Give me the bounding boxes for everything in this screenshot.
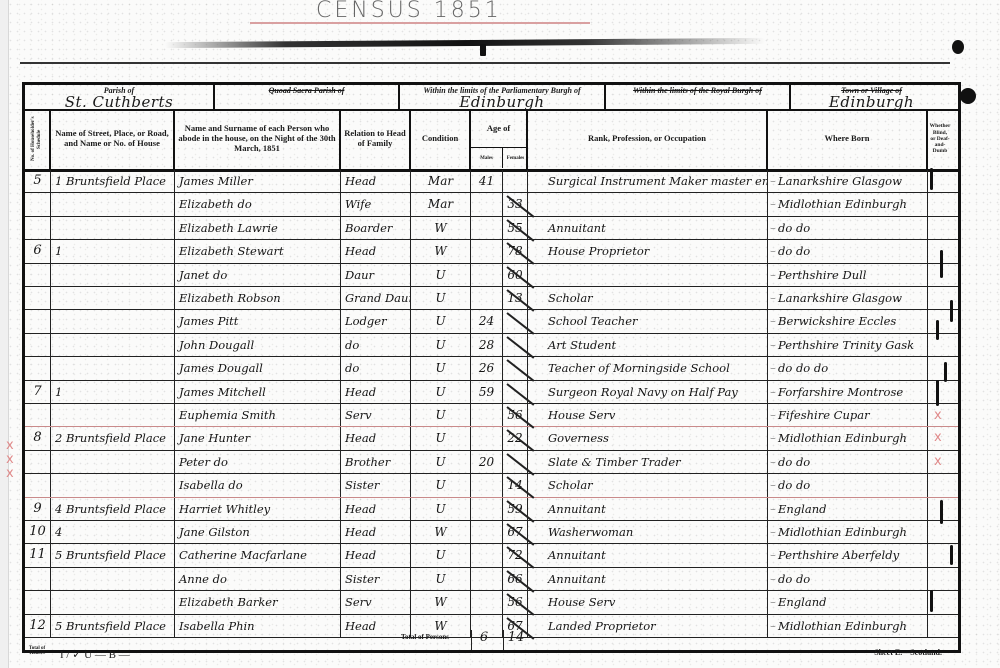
table-row: Peter doBrotherU20Slate & Timber Trader⌣… [25,451,958,474]
cell-name: James Mitchell [175,381,341,403]
cell-schedule: 12 [25,615,51,637]
parliamentary-burgh-cell: Within the limits of the Parliamentary B… [400,85,606,109]
cell-condition: U [411,310,471,332]
cell-name: Anne do [175,568,341,590]
cell-occupation: Washerwoman [528,521,768,543]
cell-name: Harriet Whitley [175,498,341,520]
cell-street [51,357,175,379]
cell-born: do do [768,568,928,590]
cell-name: Janet do [175,264,341,286]
cell-male [471,404,503,426]
cell-street: 4 Bruntsfield Place [51,498,175,520]
district-header: Parish of St. Cuthberts Quoad Sacra Pari… [25,85,958,111]
cell-female [503,170,528,192]
ink-blot [480,44,486,56]
col-street: Name of Street, Place, or Road, and Name… [51,109,175,169]
cell-born: Lanarkshire Glasgow [768,170,928,192]
cell-schedule [25,334,51,356]
annotation-title: CENSUS 1851 [316,0,502,23]
cell-schedule [25,568,51,590]
cell-relation: Head [341,427,411,449]
cell-occupation: Governess [528,427,768,449]
col-schedule-label: No. of Householder's Schedule [31,109,43,169]
cell-relation: Head [341,521,411,543]
cell-schedule [25,404,51,426]
cell-schedule [25,591,51,613]
cell-street [51,264,175,286]
cell-born: England [768,498,928,520]
cell-male [471,264,503,286]
col-age-male: Males [471,148,503,168]
cell-condition: U [411,404,471,426]
cell-male [471,427,503,449]
total-houses-marks: I / ✓ U — B — [60,648,130,661]
cell-occupation: House Serv [528,591,768,613]
total-houses-label: Total of Houses [28,646,46,656]
cell-condition: U [411,451,471,473]
cell-occupation [528,264,768,286]
ink-blot [952,40,964,54]
cell-name: Jane Hunter [175,427,341,449]
cell-born: do do [768,240,928,262]
ink-mark [940,250,943,278]
col-age-label: Age of [471,109,526,148]
cell-male: 20 [471,451,503,473]
cell-name: Catherine Macfarlane [175,544,341,566]
col-name: Name and Surname of each Person who abod… [175,109,341,169]
top-rule [20,62,950,64]
cell-street [51,334,175,356]
ink-mark [936,380,939,406]
ink-mark [950,300,953,322]
cell-name: James Pitt [175,310,341,332]
cell-occupation: School Teacher [528,310,768,332]
cell-condition: U [411,427,471,449]
cell-schedule: 10 [25,521,51,543]
cell-occupation: Scholar [528,474,768,496]
col-schedule: No. of Householder's Schedule [25,109,51,169]
cell-condition: W [411,591,471,613]
table-row: Elizabeth RobsonGrand DaurU13Scholar⌣Lan… [25,287,958,310]
cell-born: Midlothian Edinburgh [768,427,928,449]
cell-male: 41 [471,170,503,192]
cell-born: do do [768,474,928,496]
cell-street [51,310,175,332]
quoad-sacra-label: Quoad Sacra Parish of [215,86,398,95]
cell-male [471,591,503,613]
cell-born: do do [768,217,928,239]
cell-blind [928,357,952,379]
cell-street [51,287,175,309]
table-row: 61Elizabeth StewartHeadW78House Propriet… [25,240,958,263]
cell-schedule: 7 [25,381,51,403]
cell-blind [928,568,952,590]
cell-relation: do [341,334,411,356]
cell-male: 59 [471,381,503,403]
cell-schedule: 9 [25,498,51,520]
ink-mark [930,168,933,190]
cell-relation: do [341,357,411,379]
cell-blind [928,381,952,403]
cell-condition: U [411,334,471,356]
cell-condition: U [411,264,471,286]
cell-occupation: Teacher of Morningside School [528,357,768,379]
ink-mark [944,362,947,382]
cell-occupation: Landed Proprietor [528,615,768,637]
cell-relation: Wife [341,193,411,215]
cell-occupation: House Serv [528,404,768,426]
cell-name: Elizabeth Lawrie [175,217,341,239]
cell-male [471,240,503,262]
cell-born: Midlothian Edinburgh [768,193,928,215]
cell-street [51,451,175,473]
cell-relation: Sister [341,568,411,590]
cell-condition: W [411,521,471,543]
cell-street: 5 Bruntsfield Place [51,544,175,566]
cell-name: Isabella Phin [175,615,341,637]
red-x-mark: x [6,466,14,481]
cell-street: 5 Bruntsfield Place [51,615,175,637]
cell-born: Forfarshire Montrose [768,381,928,403]
cell-occupation: Annuitant [528,568,768,590]
table-row: Janet doDaurU60⌣Perthshire Dull [25,264,958,287]
cell-condition: U [411,381,471,403]
cell-occupation: Annuitant [528,498,768,520]
cell-born: Perthshire Aberfeldy [768,544,928,566]
red-x-mark: x [6,452,14,467]
cell-male: 26 [471,357,503,379]
cell-male: 24 [471,310,503,332]
cell-street [51,568,175,590]
cell-blind [928,334,952,356]
cell-relation: Head [341,544,411,566]
col-condition: Condition [411,109,471,169]
cell-male [471,193,503,215]
cell-schedule [25,264,51,286]
cell-street [51,591,175,613]
cell-blind [928,615,952,637]
cell-schedule [25,217,51,239]
cell-occupation: House Proprietor [528,240,768,262]
cell-relation: Boarder [341,217,411,239]
cell-relation: Head [341,498,411,520]
cell-born: Perthshire Dull [768,264,928,286]
town-cell: Town or Village of Edinburgh [791,85,952,109]
cell-blind [928,474,952,496]
table-row: John DougalldoU28Art Student⌣Perthshire … [25,334,958,357]
cell-schedule: 6 [25,240,51,262]
cell-relation: Grand Daur [341,287,411,309]
col-relation: Relation to Head of Family [341,109,411,169]
ink-mark [930,590,933,612]
cell-relation: Head [341,170,411,192]
cell-street: 4 [51,521,175,543]
red-x-mark: x [934,454,942,469]
cell-male [471,544,503,566]
cell-born: Berwickshire Eccles [768,310,928,332]
cell-blind [928,193,952,215]
table-row: Elizabeth LawrieBoarderW55Annuitant⌣do d… [25,217,958,240]
table-row: Euphemia SmithServU56House Serv⌣Fifeshir… [25,404,958,427]
cell-condition: Mar [411,170,471,192]
cell-born: Midlothian Edinburgh [768,615,928,637]
table-row: Elizabeth BarkerServW56House Serv⌣Englan… [25,591,958,614]
total-houses: Total of Houses I / ✓ U — B — [22,646,955,668]
cell-born: Lanarkshire Glasgow [768,287,928,309]
cell-blind [928,521,952,543]
table-row: 71James MitchellHeadU59Surgeon Royal Nav… [25,381,958,404]
table-row: 104Jane GilstonHeadW67Washerwoman⌣Midlot… [25,521,958,544]
cell-name: Jane Gilston [175,521,341,543]
cell-schedule: 11 [25,544,51,566]
cell-male [471,568,503,590]
cell-occupation: Surgical Instrument Maker master employi… [528,170,768,192]
column-headers: No. of Householder's Schedule Name of St… [25,109,958,172]
cell-male [471,521,503,543]
cell-street [51,404,175,426]
total-persons-label: Total of Persons [401,633,449,641]
cell-schedule [25,451,51,473]
table-row: 82 Bruntsfield PlaceJane HunterHeadU22Go… [25,427,958,450]
col-age-female: Females [503,148,528,168]
cell-male [471,217,503,239]
ink-mark [950,545,953,565]
cell-relation: Daur [341,264,411,286]
cell-relation: Sister [341,474,411,496]
cell-occupation: Annuitant [528,217,768,239]
ink-blot [960,88,976,104]
cell-born: England [768,591,928,613]
cell-schedule: 8 [25,427,51,449]
cell-name: James Miller [175,170,341,192]
ink-smear [165,38,765,48]
cell-name: Peter do [175,451,341,473]
cell-born: do do [768,451,928,473]
cell-schedule [25,310,51,332]
table-row: 115 Bruntsfield PlaceCatherine Macfarlan… [25,544,958,567]
cell-condition: W [411,240,471,262]
cell-name: John Dougall [175,334,341,356]
royal-burgh-cell: Within the limits of the Royal Burgh of [606,85,791,109]
cell-occupation: Annuitant [528,544,768,566]
cell-condition: U [411,474,471,496]
cell-born: Perthshire Trinity Gask [768,334,928,356]
cell-blind [928,217,952,239]
cell-born: Midlothian Edinburgh [768,521,928,543]
cell-schedule [25,193,51,215]
cell-street: 1 Bruntsfield Place [51,170,175,192]
cell-street [51,193,175,215]
cell-schedule [25,287,51,309]
cell-street: 2 Bruntsfield Place [51,427,175,449]
cell-schedule: 5 [25,170,51,192]
cell-condition: U [411,544,471,566]
cell-street: 1 [51,240,175,262]
cell-relation: Head [341,240,411,262]
cell-male [471,474,503,496]
cell-street: 1 [51,381,175,403]
red-x-mark: x [934,408,942,423]
cell-condition: U [411,568,471,590]
cell-male [471,287,503,309]
cell-relation: Serv [341,591,411,613]
col-blind: Whether Blind, or Deaf-and-Dumb [928,109,952,169]
col-born: Where Born [768,109,928,169]
annotation-underline [250,22,590,24]
cell-condition: W [411,217,471,239]
cell-name: Elizabeth do [175,193,341,215]
table-row: Isabella doSisterU14Scholar⌣do do [25,474,958,497]
cell-born: Fifeshire Cupar [768,404,928,426]
cell-male: 28 [471,334,503,356]
cell-schedule [25,357,51,379]
cell-blind [928,544,952,566]
cell-name: Isabella do [175,474,341,496]
cell-occupation: Art Student [528,334,768,356]
red-x-mark: x [6,438,14,453]
table-row: Elizabeth doWifeMar33⌣Midlothian Edinbur… [25,193,958,216]
royal-burgh-label: Within the limits of the Royal Burgh of [606,86,789,95]
cell-condition: Mar [411,193,471,215]
table-row: 51 Bruntsfield PlaceJames MillerHeadMar4… [25,170,958,193]
cell-occupation [528,193,768,215]
ink-mark [936,320,939,340]
table-row: James DougalldoU26Teacher of Morningside… [25,357,958,380]
cell-condition: U [411,498,471,520]
cell-condition: U [411,357,471,379]
cell-name: Euphemia Smith [175,404,341,426]
cell-name: James Dougall [175,357,341,379]
cell-street [51,474,175,496]
table-row: 94 Bruntsfield PlaceHarriet WhitleyHeadU… [25,498,958,521]
census-sheet: Parish of St. Cuthberts Quoad Sacra Pari… [22,82,961,653]
cell-occupation: Scholar [528,287,768,309]
ink-mark [940,500,943,524]
cell-relation: Serv [341,404,411,426]
table-row: Anne doSisterU66Annuitant⌣do do [25,568,958,591]
cell-name: Elizabeth Robson [175,287,341,309]
col-occupation: Rank, Profession, or Occupation [528,109,768,169]
cell-blind [928,310,952,332]
cell-name: Elizabeth Stewart [175,240,341,262]
red-x-mark: x [934,430,942,445]
cell-street [51,217,175,239]
quoad-sacra-cell: Quoad Sacra Parish of [215,85,400,109]
cell-male [471,498,503,520]
cell-occupation: Surgeon Royal Navy on Half Pay [528,381,768,403]
cell-born: do do do [768,357,928,379]
col-age: Age of Males Females [471,109,528,169]
cell-blind [928,287,952,309]
parish-cell: Parish of St. Cuthberts [25,85,215,109]
cell-relation: Lodger [341,310,411,332]
cell-occupation: Slate & Timber Trader [528,451,768,473]
viewer-edge [0,0,9,668]
cell-schedule [25,474,51,496]
cell-relation: Head [341,381,411,403]
table-row: James PittLodgerU24School Teacher⌣Berwic… [25,310,958,333]
cell-relation: Brother [341,451,411,473]
cell-name: Elizabeth Barker [175,591,341,613]
cell-condition: U [411,287,471,309]
sheet-label: Sheet E.—Scotland. [874,648,942,657]
